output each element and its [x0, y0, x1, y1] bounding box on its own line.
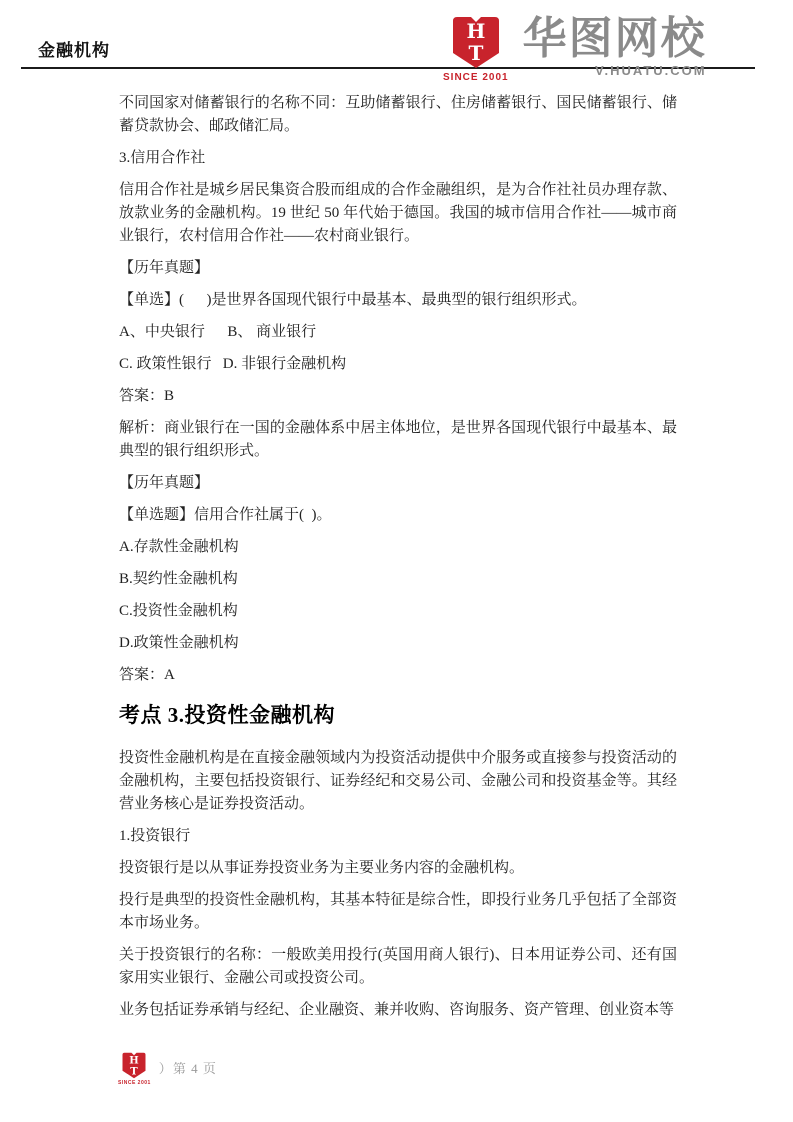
question-1-analysis: 解析：商业银行在一国的金融体系中居主体地位，是世界各国现代银行中最基本、最典型的…	[119, 417, 677, 463]
footer-separator: ）	[159, 1061, 173, 1076]
paragraph-credit-coop: 信用合作社是城乡居民集资合股而组成的合作金融组织，是为合作社社员办理存款、放款业…	[119, 179, 677, 248]
paragraph-investment-bank-features: 投行是典型的投资性金融机构，其基本特征是综合性，即投行业务几乎包括了全部资本市场…	[119, 889, 677, 935]
exam-tag-2: 【历年真题】	[119, 472, 677, 495]
subheading-investment-bank: 1.投资银行	[119, 825, 677, 848]
question-1-answer: 答案：B	[119, 385, 677, 408]
subheading-credit-coop: 3.信用合作社	[119, 147, 677, 170]
question-2-option-c: C.投资性金融机构	[119, 600, 677, 623]
document-page: 金融机构 H T SINCE 2001 华图网校 V.HUATU.COM 不同国…	[0, 0, 793, 1122]
huatu-shield-icon-small: H T	[122, 1052, 146, 1079]
footer-logo-block: H T SINCE 2001	[118, 1052, 151, 1086]
footer-logo-monogram-t: T	[131, 1066, 139, 1077]
question-2: 【单选题】信用合作社属于( )。	[119, 504, 677, 527]
question-1: 【单选】( )是世界各国现代银行中最基本、最典型的银行组织形式。	[119, 289, 677, 312]
page-number: ）第 4 页	[159, 1058, 217, 1077]
question-2-option-b: B.契约性金融机构	[119, 568, 677, 591]
paragraph-savings-banks: 不同国家对储蓄银行的名称不同：互助储蓄银行、住房储蓄银行、国民储蓄银行、储蓄贷款…	[119, 92, 677, 138]
page-header-title: 金融机构	[38, 36, 110, 61]
logo-site-url: V.HUATU.COM	[595, 63, 707, 78]
footer-logo-monogram-h: H	[130, 1055, 139, 1066]
section-heading-investment-institutions: 考点 3.投资性金融机构	[119, 700, 677, 730]
question-1-options-cd: C. 政策性银行 D. 非银行金融机构	[119, 353, 677, 376]
page-footer: H T SINCE 2001 ）第 4 页	[118, 1052, 217, 1086]
logo-brand-name: 华图网校	[523, 16, 707, 62]
question-2-option-d: D.政策性金融机构	[119, 632, 677, 655]
paragraph-investment-bank-names: 关于投资银行的名称：一般欧美用投行(英国用商人银行)、日本用证券公司、还有国家用…	[119, 944, 677, 990]
paragraph-investment-bank-definition: 投资银行是以从事证券投资业务为主要业务内容的金融机构。	[119, 857, 677, 880]
huatu-shield-block: H T SINCE 2001	[443, 16, 509, 83]
page-number-label: 第 4 页	[173, 1061, 217, 1076]
paragraph-investment-institutions: 投资性金融机构是在直接金融领域内为投资活动提供中介服务或直接参与投资活动的金融机…	[119, 747, 677, 816]
question-2-option-a: A.存款性金融机构	[119, 536, 677, 559]
logo-since-text: SINCE 2001	[443, 72, 509, 83]
question-2-answer: 答案：A	[119, 664, 677, 687]
footer-since-text: SINCE 2001	[118, 1080, 151, 1086]
logo-monogram-t: T	[468, 41, 483, 65]
exam-tag-1: 【历年真题】	[119, 257, 677, 280]
logo-monogram-h: H	[466, 19, 485, 43]
huatu-logo: H T SINCE 2001 华图网校 V.HUATU.COM	[443, 16, 707, 83]
huatu-shield-icon: H T	[452, 16, 500, 69]
paragraph-investment-bank-business: 业务包括证券承销与经纪、企业融资、兼并收购、咨询服务、资产管理、创业资本等	[119, 999, 677, 1022]
question-1-options-ab: A、中央银行 B、 商业银行	[119, 321, 677, 344]
logo-text-block: 华图网校 V.HUATU.COM	[523, 16, 707, 83]
document-body: 不同国家对储蓄银行的名称不同：互助储蓄银行、住房储蓄银行、国民储蓄银行、储蓄贷款…	[119, 92, 677, 1031]
